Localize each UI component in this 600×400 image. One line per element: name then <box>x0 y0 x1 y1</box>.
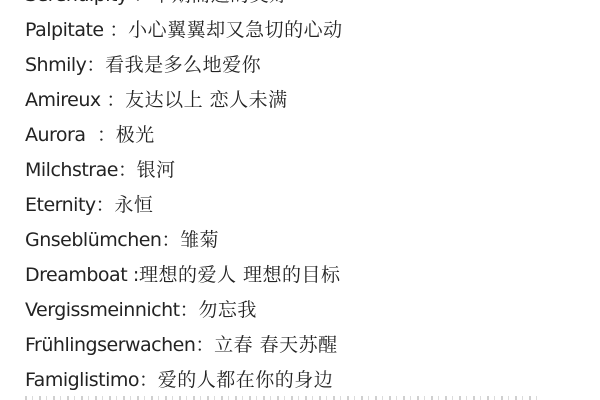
vocabulary-word-list: Serendipity ：不期而遇的美好 Palpitate ：小心翼翼却又急切… <box>0 0 600 398</box>
separator-colon: ： <box>180 299 199 321</box>
word-list-item: Famiglistimo：爱的人都在你的身边 <box>25 363 600 398</box>
meaning-text: 雏菊 <box>180 229 219 251</box>
separator-colon: ： <box>96 194 115 216</box>
word-list-item: Milchstrae：银河 <box>25 153 600 188</box>
meaning-text: 勿忘我 <box>198 299 257 321</box>
term-text: Vergissmeinnicht <box>25 299 180 321</box>
term-text: Famiglistimo <box>25 369 139 391</box>
term-text: Aurora <box>25 124 86 146</box>
word-list-item: Gnseblümchen：雏菊 <box>25 223 600 258</box>
word-list-item: Amireux ：友达以上 恋人未满 <box>25 83 600 118</box>
separator-colon: ： <box>101 89 125 111</box>
meaning-text: 永恒 <box>114 194 153 216</box>
word-list-item: Dreamboat :理想的爱人 理想的目标 <box>25 258 600 293</box>
separator-colon: ： <box>104 19 128 41</box>
separator-colon: ： <box>161 229 180 251</box>
word-list-item: Frühlingserwachen：立春 春天苏醒 <box>25 328 600 363</box>
meaning-text: 友达以上 恋人未满 <box>125 89 288 111</box>
term-text: Amireux <box>25 89 101 111</box>
meaning-text: 爱的人都在你的身边 <box>158 369 334 391</box>
word-list-item: Vergissmeinnicht：勿忘我 <box>25 293 600 328</box>
term-text: Serendipity <box>25 0 128 6</box>
separator-colon: ： <box>86 124 116 146</box>
word-list-item: Serendipity ：不期而遇的美好 <box>25 0 600 13</box>
term-text: Frühlingserwachen <box>25 334 195 356</box>
separator-colon: ： <box>139 369 158 391</box>
separator-colon: ： <box>128 0 152 6</box>
term-text: Dreamboat <box>25 264 127 286</box>
separator-colon: : <box>127 264 139 286</box>
word-list-item: Aurora ：极光 <box>25 118 600 153</box>
word-list-item: Eternity：永恒 <box>25 188 600 223</box>
meaning-text: 立春 春天苏醒 <box>214 334 338 356</box>
term-text: Shmily <box>25 54 86 76</box>
meaning-text: 极光 <box>116 124 155 146</box>
word-list-item: Palpitate ：小心翼翼却又急切的心动 <box>25 13 600 48</box>
separator-colon: ： <box>118 159 137 181</box>
meaning-text: 理想的爱人 理想的目标 <box>139 264 341 286</box>
separator-colon: ： <box>195 334 214 356</box>
term-text: Milchstrae <box>25 159 118 181</box>
separator-colon: ： <box>86 54 105 76</box>
word-list-item: Shmily：看我是多么地爱你 <box>25 48 600 83</box>
term-text: Palpitate <box>25 19 104 41</box>
meaning-text: 小心翼翼却又急切的心动 <box>128 19 343 41</box>
clipped-next-line-fragment <box>25 396 540 400</box>
term-text: Gnseblümchen <box>25 229 161 251</box>
meaning-text: 看我是多么地爱你 <box>105 54 261 76</box>
meaning-text: 不期而遇的美好 <box>152 0 289 6</box>
term-text: Eternity <box>25 194 96 216</box>
meaning-text: 银河 <box>137 159 176 181</box>
